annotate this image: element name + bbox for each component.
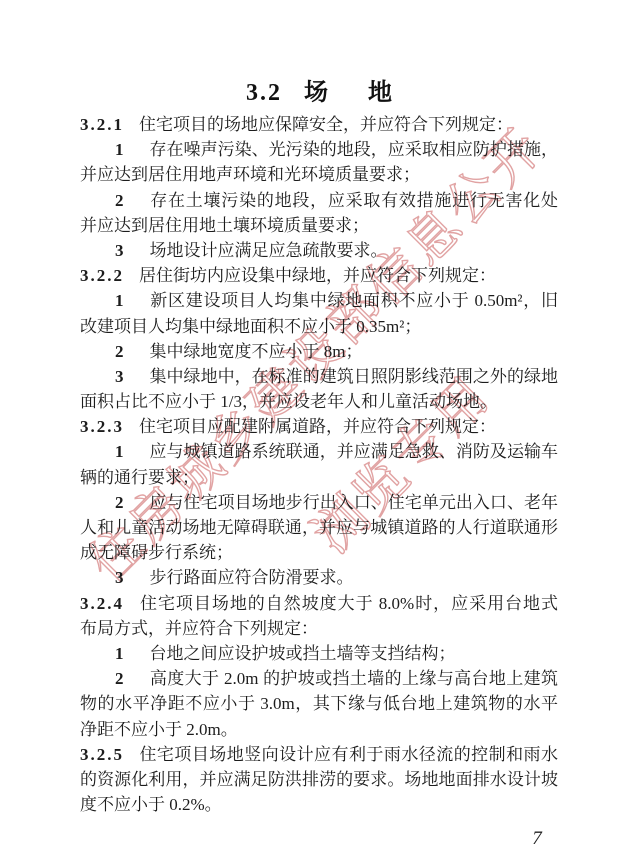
line-text: 住宅项目的场地应保障安全，并应符合下列规定： bbox=[139, 115, 513, 134]
line-text: 并应达到居住用地声环境和光环境质量要求； bbox=[80, 165, 420, 184]
clause-number: 3.2.2 bbox=[80, 266, 124, 285]
text-line: 人和儿童活动场地无障碍联通，并应与城镇道路的人行道联通形 bbox=[80, 515, 558, 540]
text-line: 的资源化利用，并应满足防洪排涝的要求。场地地面排水设计坡 bbox=[80, 767, 558, 792]
line-text: 集中绿地宽度不应小于 8m； bbox=[150, 342, 363, 361]
line-text: 集中绿地中，在标准的建筑日照阴影线范围之外的绿地 bbox=[150, 367, 559, 386]
item-number: 1 bbox=[115, 644, 124, 663]
text-line: 成无障碍步行系统； bbox=[80, 540, 558, 565]
line-text: 步行路面应符合防滑要求。 bbox=[150, 568, 354, 587]
item-line: 1台地之间应设护坡或挡土墙等支挡结构； bbox=[80, 641, 558, 666]
line-text: 成无障碍步行系统； bbox=[80, 543, 233, 562]
clause-line: 3.2.4住宅项目场地的自然坡度大于 8.0%时，应采用台地式 bbox=[80, 591, 558, 616]
clause-number: 3.2.3 bbox=[80, 417, 124, 436]
section-title-word-2: 地 bbox=[368, 80, 392, 106]
clause-number: 3.2.5 bbox=[80, 745, 124, 764]
line-text: 并应达到居住用地土壤环境质量要求； bbox=[80, 216, 369, 235]
text-line: 并应达到居住用地土壤环境质量要求； bbox=[80, 213, 558, 238]
line-text: 度不应小于 0.2%。 bbox=[80, 795, 222, 814]
line-text: 的资源化利用，并应满足防洪排涝的要求。场地地面排水设计坡 bbox=[80, 770, 558, 789]
document-page: 住房城乡建设部信息公开 浏览专用 3.2 场 地 3.2.1住宅项目的场地应保障… bbox=[0, 0, 638, 865]
text-line: 面积占比不应小于 1/3，并应设老年人和儿童活动场地。 bbox=[80, 389, 558, 414]
item-number: 2 bbox=[115, 669, 124, 688]
line-text: 居住街坊内应设集中绿地，并应符合下列规定： bbox=[139, 266, 496, 285]
item-line: 2集中绿地宽度不应小于 8m； bbox=[80, 339, 558, 364]
line-text: 改建项目人均集中绿地面积不应小于 0.35m²； bbox=[80, 317, 421, 336]
item-number: 1 bbox=[115, 291, 124, 310]
line-text: 住宅项目场地竖向设计应有利于雨水径流的控制和雨水 bbox=[139, 745, 558, 764]
section-number: 3.2 bbox=[246, 80, 282, 106]
item-number: 1 bbox=[115, 442, 124, 461]
line-text: 物的水平净距不应小于 3.0m，其下缘与低台地上建筑物的水平 bbox=[80, 694, 558, 713]
clause-number: 3.2.1 bbox=[80, 115, 124, 134]
line-text: 住宅项目场地的自然坡度大于 8.0%时，应采用台地式 bbox=[139, 594, 558, 613]
text-line: 辆的通行要求； bbox=[80, 465, 558, 490]
text-line: 度不应小于 0.2%。 bbox=[80, 792, 558, 817]
clause-number: 3.2.4 bbox=[80, 594, 124, 613]
item-line: 2应与住宅项目场地步行出入口、住宅单元出入口、老年 bbox=[80, 490, 558, 515]
item-line: 3步行路面应符合防滑要求。 bbox=[80, 565, 558, 590]
line-text: 台地之间应设护坡或挡土墙等支挡结构； bbox=[150, 644, 456, 663]
line-text: 应与住宅项目场地步行出入口、住宅单元出入口、老年 bbox=[150, 493, 559, 512]
clause-line: 3.2.3住宅项目应配建附属道路，并应符合下列规定： bbox=[80, 414, 558, 439]
line-text: 住宅项目应配建附属道路，并应符合下列规定： bbox=[139, 417, 496, 436]
item-line: 2存在土壤污染的地段，应采取有效措施进行无害化处理， bbox=[80, 188, 558, 213]
page-number: 7 bbox=[522, 828, 552, 850]
item-number: 2 bbox=[115, 493, 124, 512]
item-line: 2高度大于 2.0m 的护坡或挡土墙的上缘与高台地上建筑 bbox=[80, 666, 558, 691]
clause-line: 3.2.5住宅项目场地竖向设计应有利于雨水径流的控制和雨水 bbox=[80, 742, 558, 767]
item-line: 1存在噪声污染、光污染的地段，应采取相应防护措施， bbox=[80, 137, 558, 162]
line-text: 场地设计应满足应急疏散要求。 bbox=[150, 241, 388, 260]
line-text: 辆的通行要求； bbox=[80, 468, 199, 487]
line-text: 净距不应小于 2.0m。 bbox=[80, 720, 238, 739]
item-line: 3场地设计应满足应急疏散要求。 bbox=[80, 238, 558, 263]
section-title-word-1: 场 bbox=[304, 80, 328, 106]
item-number: 2 bbox=[115, 191, 124, 210]
line-text: 应与城镇道路系统联通，并应满足急救、消防及运输车 bbox=[150, 442, 559, 461]
item-number: 2 bbox=[115, 342, 124, 361]
item-line: 3集中绿地中，在标准的建筑日照阴影线范围之外的绿地 bbox=[80, 364, 558, 389]
line-text: 布局方式，并应符合下列规定： bbox=[80, 619, 318, 638]
line-text: 面积占比不应小于 1/3，并应设老年人和儿童活动场地。 bbox=[80, 392, 497, 411]
text-line: 净距不应小于 2.0m。 bbox=[80, 717, 558, 742]
item-number: 1 bbox=[115, 140, 124, 159]
clause-line: 3.2.2居住街坊内应设集中绿地，并应符合下列规定： bbox=[80, 263, 558, 288]
item-number: 3 bbox=[115, 568, 124, 587]
item-number: 3 bbox=[115, 367, 124, 386]
line-text: 高度大于 2.0m 的护坡或挡土墙的上缘与高台地上建筑 bbox=[150, 669, 559, 688]
line-text: 人和儿童活动场地无障碍联通，并应与城镇道路的人行道联通形 bbox=[80, 518, 558, 537]
item-line: 1应与城镇道路系统联通，并应满足急救、消防及运输车 bbox=[80, 439, 558, 464]
item-line: 1新区建设项目人均集中绿地面积不应小于 0.50m²，旧区 bbox=[80, 288, 558, 313]
text-line: 物的水平净距不应小于 3.0m，其下缘与低台地上建筑物的水平 bbox=[80, 691, 558, 716]
text-line: 改建项目人均集中绿地面积不应小于 0.35m²； bbox=[80, 314, 558, 339]
line-text: 存在噪声污染、光污染的地段，应采取相应防护措施， bbox=[150, 140, 559, 159]
line-text: 存在土壤污染的地段，应采取有效措施进行无害化处理， bbox=[80, 191, 558, 213]
text-line: 布局方式，并应符合下列规定： bbox=[80, 616, 558, 641]
section-title: 3.2 场 地 bbox=[80, 72, 558, 107]
text-line: 并应达到居住用地声环境和光环境质量要求； bbox=[80, 162, 558, 187]
line-text: 新区建设项目人均集中绿地面积不应小于 0.50m²，旧区 bbox=[80, 291, 558, 313]
item-number: 3 bbox=[115, 241, 124, 260]
clause-line: 3.2.1住宅项目的场地应保障安全，并应符合下列规定： bbox=[80, 112, 558, 137]
document-content: 3.2.1住宅项目的场地应保障安全，并应符合下列规定：1存在噪声污染、光污染的地… bbox=[80, 112, 558, 817]
